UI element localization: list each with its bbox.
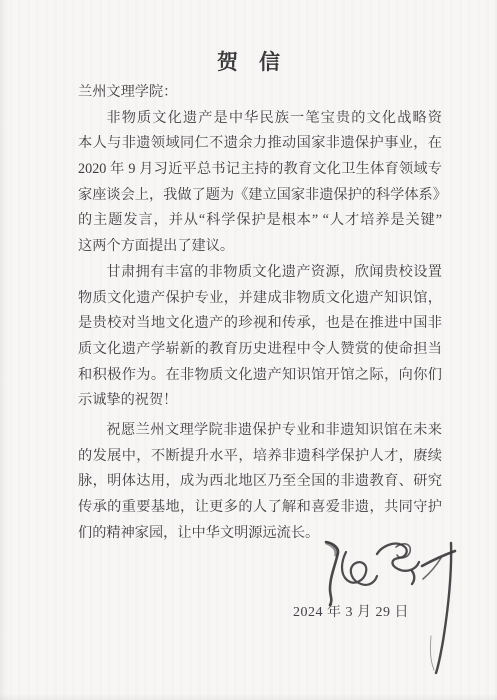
letter-line: 甘肃拥有丰富的非物质文化遗产资源，欣闻贵校设置非 <box>78 260 442 286</box>
letter-line: 示诚挚的祝贺！ <box>78 388 442 414</box>
letter-line: 家座谈会上，我做了题为《建立国家非遗保护的科学体系》 <box>78 183 442 209</box>
letter-line: 本人与非遗领域同仁不遗余力推动国家非遗保护事业，在 <box>78 131 442 157</box>
letter-date: 2024 年 3 月 29 日 <box>293 601 409 621</box>
letter-line: 脉，明体达用，成为西北地区乃至全国的非遗教育、研究和 <box>78 469 442 495</box>
letter-line: 的发展中，不断提升水平，培养非遗科学保护人才，赓续文 <box>78 444 442 470</box>
letter-line: 传承的重要基地，让更多的人了解和喜爱非遗，共同守护我 <box>78 495 442 521</box>
letter-line: 祝愿兰州文理学院非遗保护专业和非遗知识馆在未来 <box>78 418 442 444</box>
letter-line: 和积极作为。在非物质文化遗产知识馆开馆之际，向你们表 <box>78 363 442 389</box>
letter-line: 物质文化遗产保护专业，并建成非物质文化遗产知识馆，这 <box>78 286 442 312</box>
letter-title: 贺 信 <box>0 46 497 76</box>
letter-line: 2020 年 9 月习近平总书记主持的教育文化卫生体育领域专 <box>78 157 442 183</box>
letter-line: 是贵校对当地文化遗产的珍视和传承，也是在推进中国非物 <box>78 311 442 337</box>
letter-line: 的主题发言，并从“科学保护是根本” “人才培养是关键” <box>78 208 442 234</box>
letter-line: 非物质文化遗产是中华民族一笔宝贵的文化战略资源。 <box>78 106 442 132</box>
scanned-letter-page: 贺 信 兰州文理学院：非物质文化遗产是中华民族一笔宝贵的文化战略资源。本人与非遗… <box>0 0 497 700</box>
letter-line: 这两个方面提出了建议。 <box>78 234 442 260</box>
letter-line: 质文化遗产学崭新的教育历史进程中令人赞赏的使命担当 <box>78 337 442 363</box>
letter-body: 兰州文理学院：非物质文化遗产是中华民族一笔宝贵的文化战略资源。本人与非遗领域同仁… <box>78 80 442 546</box>
letter-line: 兰州文理学院： <box>78 80 442 106</box>
